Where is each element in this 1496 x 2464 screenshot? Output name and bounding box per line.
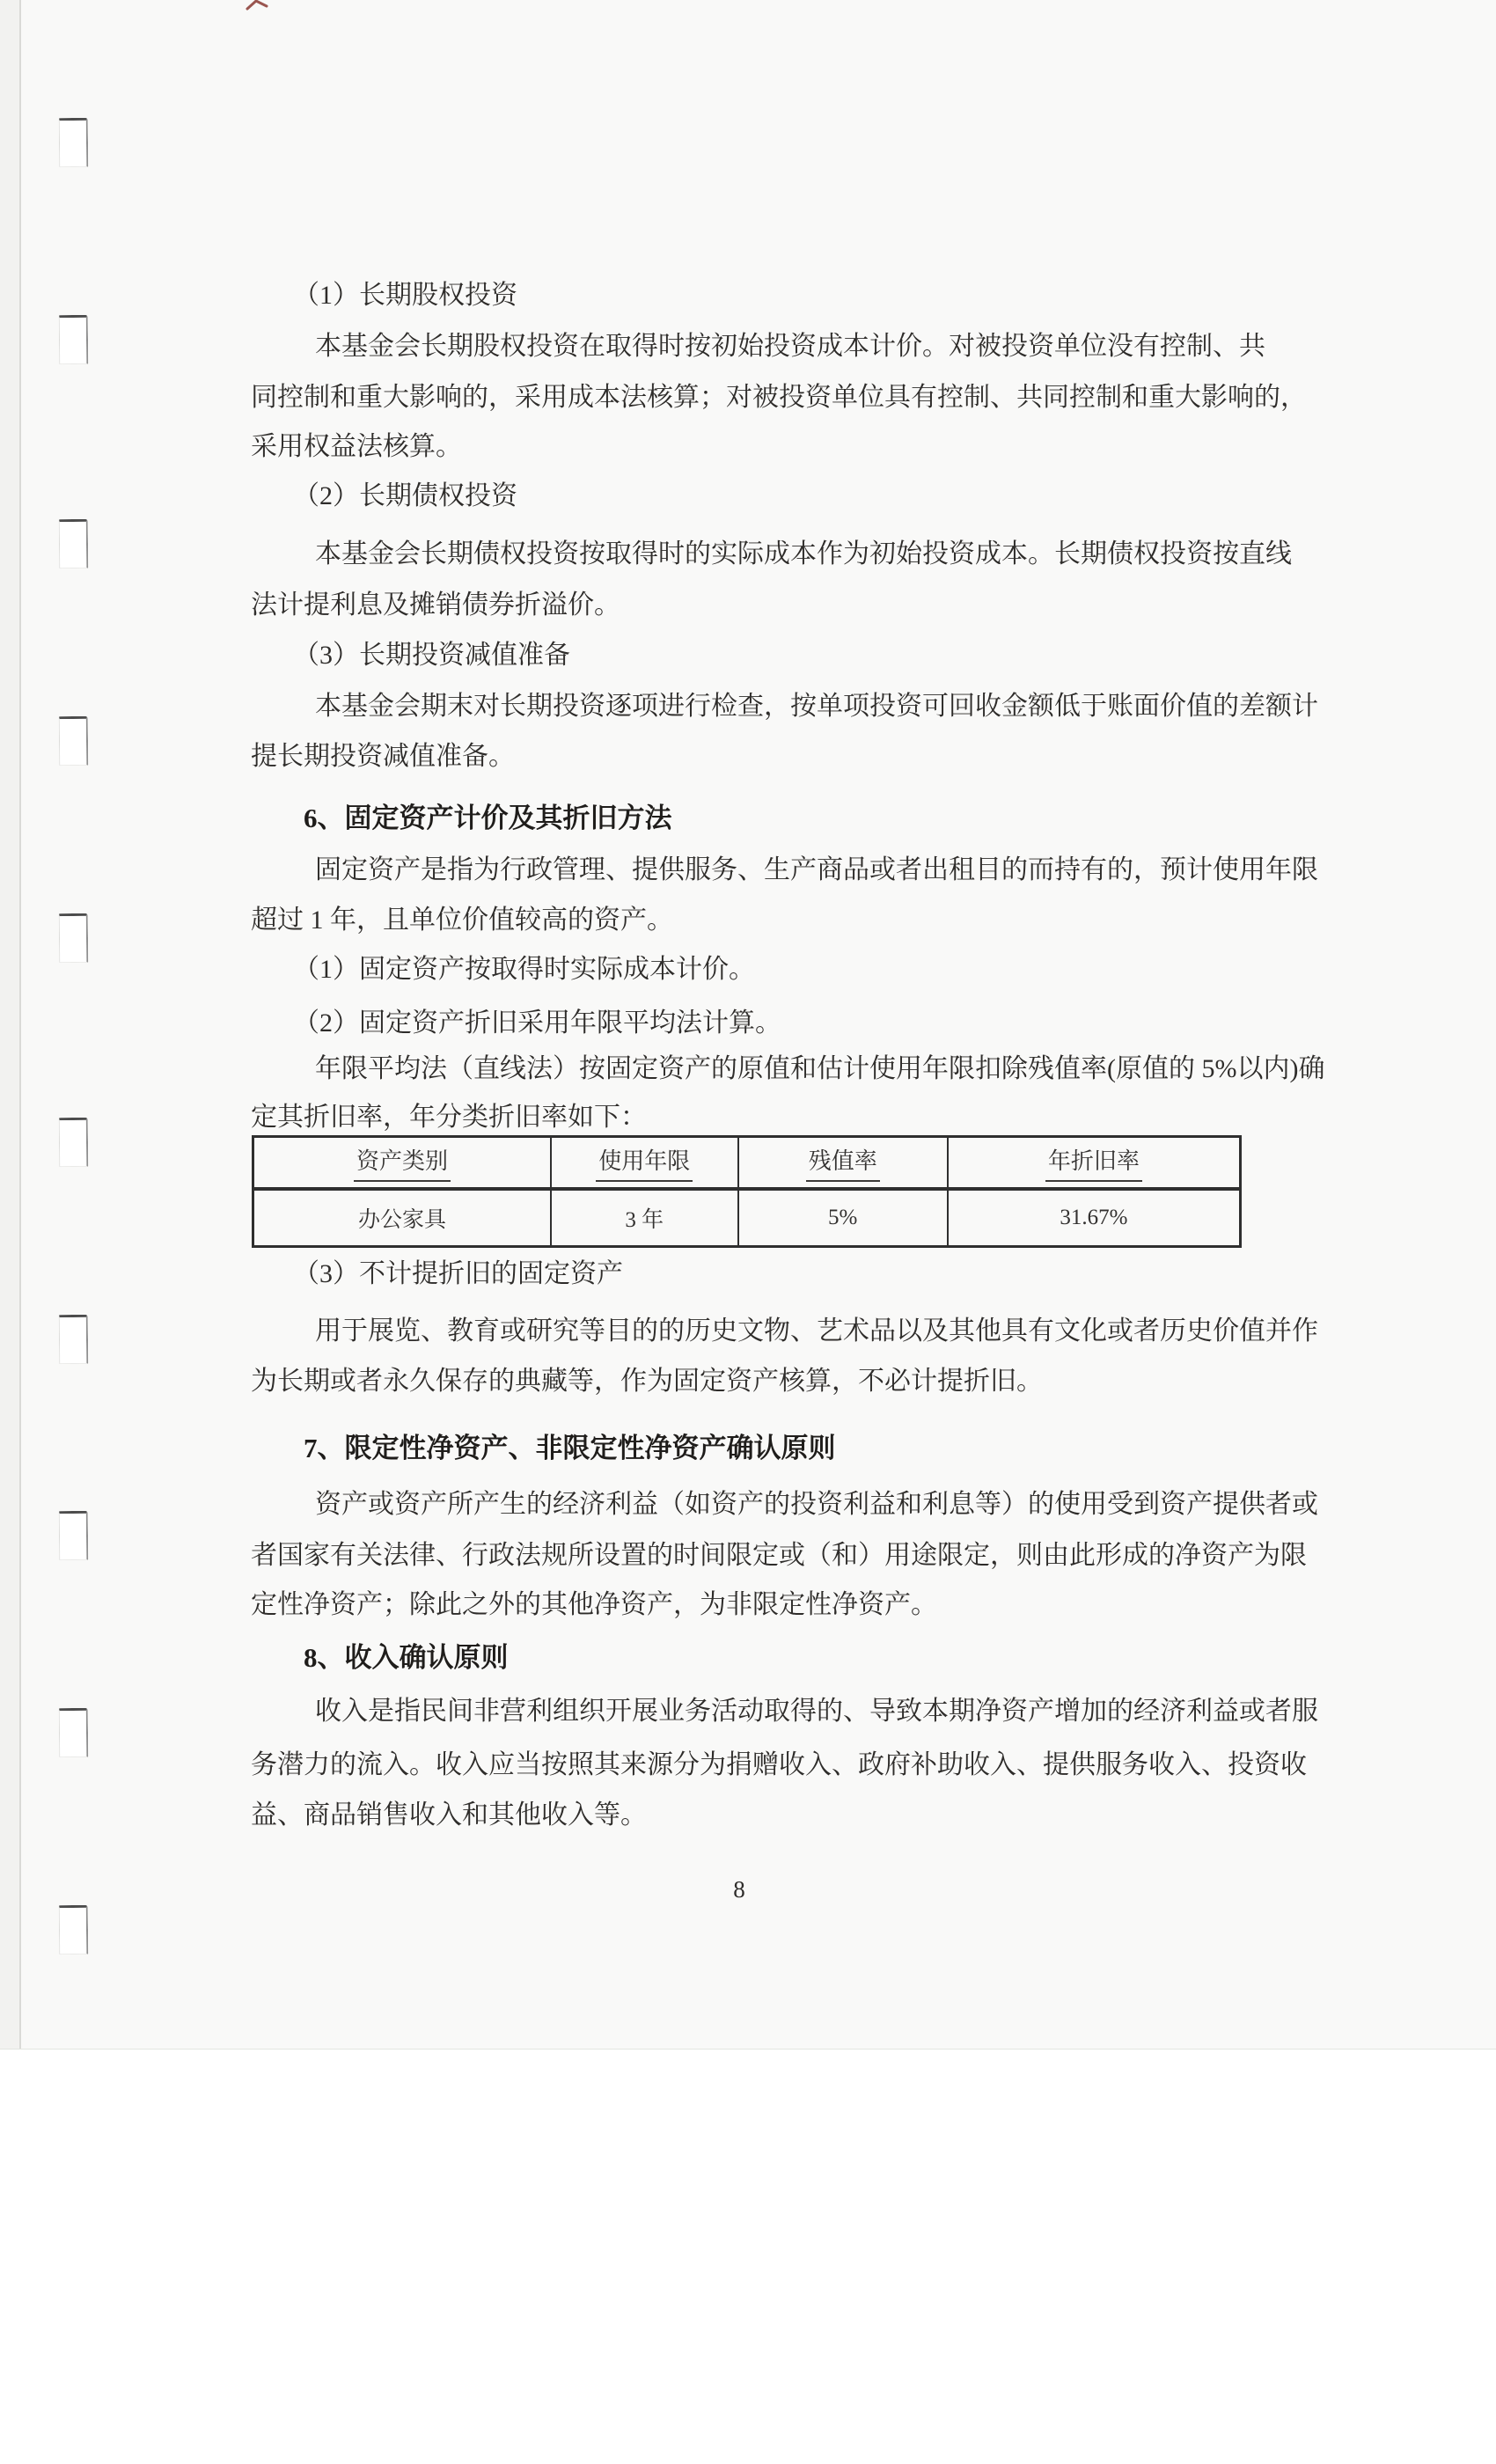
- text-line: （3）不计提折旧的固定资产: [293, 1255, 623, 1294]
- table-header-cell: 使用年限: [552, 1138, 739, 1187]
- table-header-cell: 残值率: [739, 1138, 949, 1187]
- depreciation-table: 资产类别使用年限残值率年折旧率办公家具3 年5%31.67%: [252, 1135, 1242, 1248]
- binder-hole-mark: [59, 913, 89, 963]
- text-line: 定性净资产；除此之外的其他净资产，为非限定性净资产。: [251, 1586, 937, 1624]
- text-line: 用于展览、教育或研究等目的的历史文物、艺术品以及其他具有文化或者历史价值并作: [315, 1312, 1318, 1351]
- text-line: 收入是指民间非营利组织开展业务活动取得的、导致本期净资产增加的经济利益或者服: [315, 1692, 1318, 1731]
- binder-hole-mark: [59, 1118, 89, 1167]
- text-line: 为长期或者永久保存的典藏等，作为固定资产核算，不必计提折旧。: [251, 1362, 1043, 1401]
- binder-hole-mark: [59, 1315, 89, 1364]
- text-line: （3）长期投资减值准备: [293, 636, 570, 675]
- text-line: 法计提利息及摊销债券折溢价。: [251, 586, 620, 625]
- binder-hole-mark: [59, 1905, 89, 1954]
- text-line: 年限平均法（直线法）按固定资产的原值和估计使用年限扣除残值率(原值的 5%以内)…: [315, 1050, 1324, 1089]
- text-line: 益、商品销售收入和其他收入等。: [251, 1796, 647, 1835]
- text-line: 固定资产是指为行政管理、提供服务、生产商品或者出租目的而持有的，预计使用年限: [315, 851, 1318, 890]
- table-row: 办公家具3 年5%31.67%: [254, 1191, 1239, 1245]
- text-line: （1）固定资产按取得时实际成本计价。: [293, 950, 755, 989]
- text-line: 者国家有关法律、行政法规所设置的时间限定或（和）用途限定，则由此形成的净资产为限: [251, 1536, 1307, 1575]
- text-line: 资产或资产所产生的经济利益（如资产的投资利益和利息等）的使用受到资产提供者或: [315, 1485, 1318, 1524]
- text-line: 同控制和重大影响的，采用成本法核算；对被投资单位具有控制、共同控制和重大影响的，: [251, 378, 1307, 417]
- text-line: 本基金会期末对长期投资逐项进行检查，按单项投资可回收金额低于账面价值的差额计: [315, 687, 1318, 726]
- screenshot-canvas: 资产类别使用年限残值率年折旧率办公家具3 年5%31.67% 8 （1）长期股权…: [0, 0, 1496, 2464]
- binder-hole-mark: [59, 716, 89, 766]
- table-cell: 办公家具: [254, 1191, 552, 1245]
- table-header-row: 资产类别使用年限残值率年折旧率: [254, 1138, 1239, 1191]
- text-line: 提长期投资减值准备。: [251, 737, 515, 776]
- page-number: 8: [711, 1876, 767, 1903]
- page-left-edge-strip: [0, 0, 19, 2049]
- binder-hole-mark: [59, 1511, 89, 1560]
- text-line: 采用权益法核算。: [251, 428, 462, 466]
- text-line: 务潜力的流入。收入应当按照其来源分为捐赠收入、政府补助收入、提供服务收入、投资收: [251, 1746, 1307, 1785]
- section-heading: 8、收入确认原则: [304, 1639, 509, 1677]
- table-header-cell: 年折旧率: [949, 1138, 1239, 1187]
- section-heading: 7、限定性净资产、非限定性净资产确认原则: [304, 1429, 836, 1468]
- text-line: （2）长期债权投资: [293, 477, 517, 516]
- text-line: 超过 1 年，且单位价值较高的资产。: [251, 901, 673, 940]
- text-line: 本基金会长期股权投资在取得时按初始投资成本计价。对被投资单位没有控制、共: [315, 327, 1265, 366]
- table-cell: 3 年: [552, 1191, 739, 1245]
- table-cell: 5%: [739, 1191, 949, 1245]
- text-line: 定其折旧率，年分类折旧率如下：: [251, 1098, 647, 1137]
- document-page: 资产类别使用年限残值率年折旧率办公家具3 年5%31.67% 8 （1）长期股权…: [0, 0, 1496, 2049]
- page-left-edge-line: [19, 0, 21, 2049]
- text-line: 本基金会长期债权投资按取得时的实际成本作为初始投资成本。长期债权投资按直线: [315, 535, 1292, 574]
- section-heading: 6、固定资产计价及其折旧方法: [304, 799, 672, 838]
- table-cell: 31.67%: [949, 1191, 1239, 1245]
- red-pen-mark-icon: [246, 0, 268, 11]
- binder-hole-mark: [59, 1708, 89, 1757]
- text-line: （2）固定资产折旧采用年限平均法计算。: [293, 1004, 781, 1043]
- table-header-cell: 资产类别: [254, 1138, 552, 1187]
- binder-hole-mark: [59, 118, 89, 167]
- text-line: （1）长期股权投资: [293, 276, 517, 315]
- binder-hole-mark: [59, 519, 89, 568]
- binder-hole-mark: [59, 315, 89, 364]
